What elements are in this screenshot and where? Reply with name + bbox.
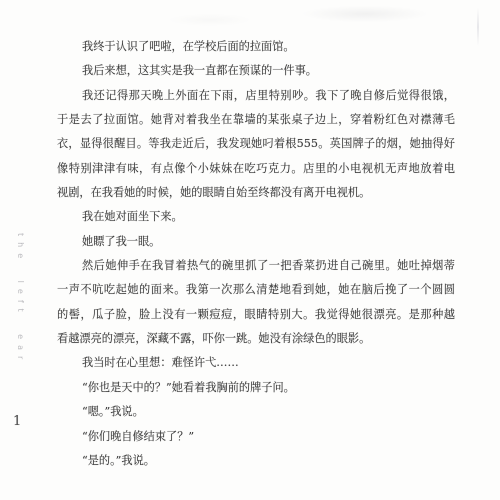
text-line: 然后她伸手在我冒着热气的碗里抓了一把香菜扔进自己碗里。她吐掉烟蒂 bbox=[57, 254, 455, 278]
text-line: 我终于认识了吧啦，在学校后面的拉面馆。 bbox=[57, 35, 455, 59]
text-line: “是的。”我说。 bbox=[57, 449, 455, 473]
text-line: 衣，显得很醒目。等我走近后，我发现她叼着根555。英国牌子的烟，她抽得好 bbox=[57, 132, 455, 156]
text-line: “你们晚自修结束了？” bbox=[57, 425, 455, 449]
page-number: 1 bbox=[13, 414, 21, 429]
text-line: 我在她对面坐下来。 bbox=[57, 205, 455, 229]
text-line: 的髻，瓜子脸，脸上没有一颗痘痘，眼睛特别大。我觉得她很漂亮。是那种越 bbox=[57, 303, 455, 327]
book-page: the left ear 1 我终于认识了吧啦，在学校后面的拉面馆。我后来想，这… bbox=[0, 0, 500, 500]
text-line: 她瞟了我一眼。 bbox=[57, 230, 455, 254]
text-line: 像特别津津有味，有点像个小妹妹在吃巧克力。店里的小电视机无声地放着电 bbox=[57, 157, 455, 181]
text-line: 视剧，在我看她的时候，她的眼睛自始至终都没有离开电视机。 bbox=[57, 181, 455, 205]
text-line: “你也是天中的？”她看着我胸前的牌子问。 bbox=[57, 376, 455, 400]
margin-vertical-title: the left ear bbox=[16, 233, 25, 365]
text-line: 一声不吭吃起她的面来。我第一次那么清楚地看到她，她在脑后挽了一个圆圆 bbox=[57, 278, 455, 302]
text-column: 我终于认识了吧啦，在学校后面的拉面馆。我后来想，这其实是我一直都在预谋的一件事。… bbox=[57, 35, 455, 473]
text-line: 看越漂亮的漂亮，深藏不露，吓你一跳。她没有涂绿色的眼影。 bbox=[57, 327, 455, 351]
text-line: 我还记得那天晚上外面在下雨，店里特别吵。我下了晚自修后觉得很饿， bbox=[57, 84, 455, 108]
text-line: 我当时在心里想：难怪许弋…… bbox=[57, 351, 455, 375]
text-line: “嗯。”我说。 bbox=[57, 400, 455, 424]
text-line: 于是去了拉面馆。她背对着我坐在靠墙的某张桌子边上，穿着粉红色对襟薄毛 bbox=[57, 108, 455, 132]
scan-edge-artifact bbox=[477, 8, 479, 46]
text-line: 我后来想，这其实是我一直都在预谋的一件事。 bbox=[57, 59, 455, 83]
